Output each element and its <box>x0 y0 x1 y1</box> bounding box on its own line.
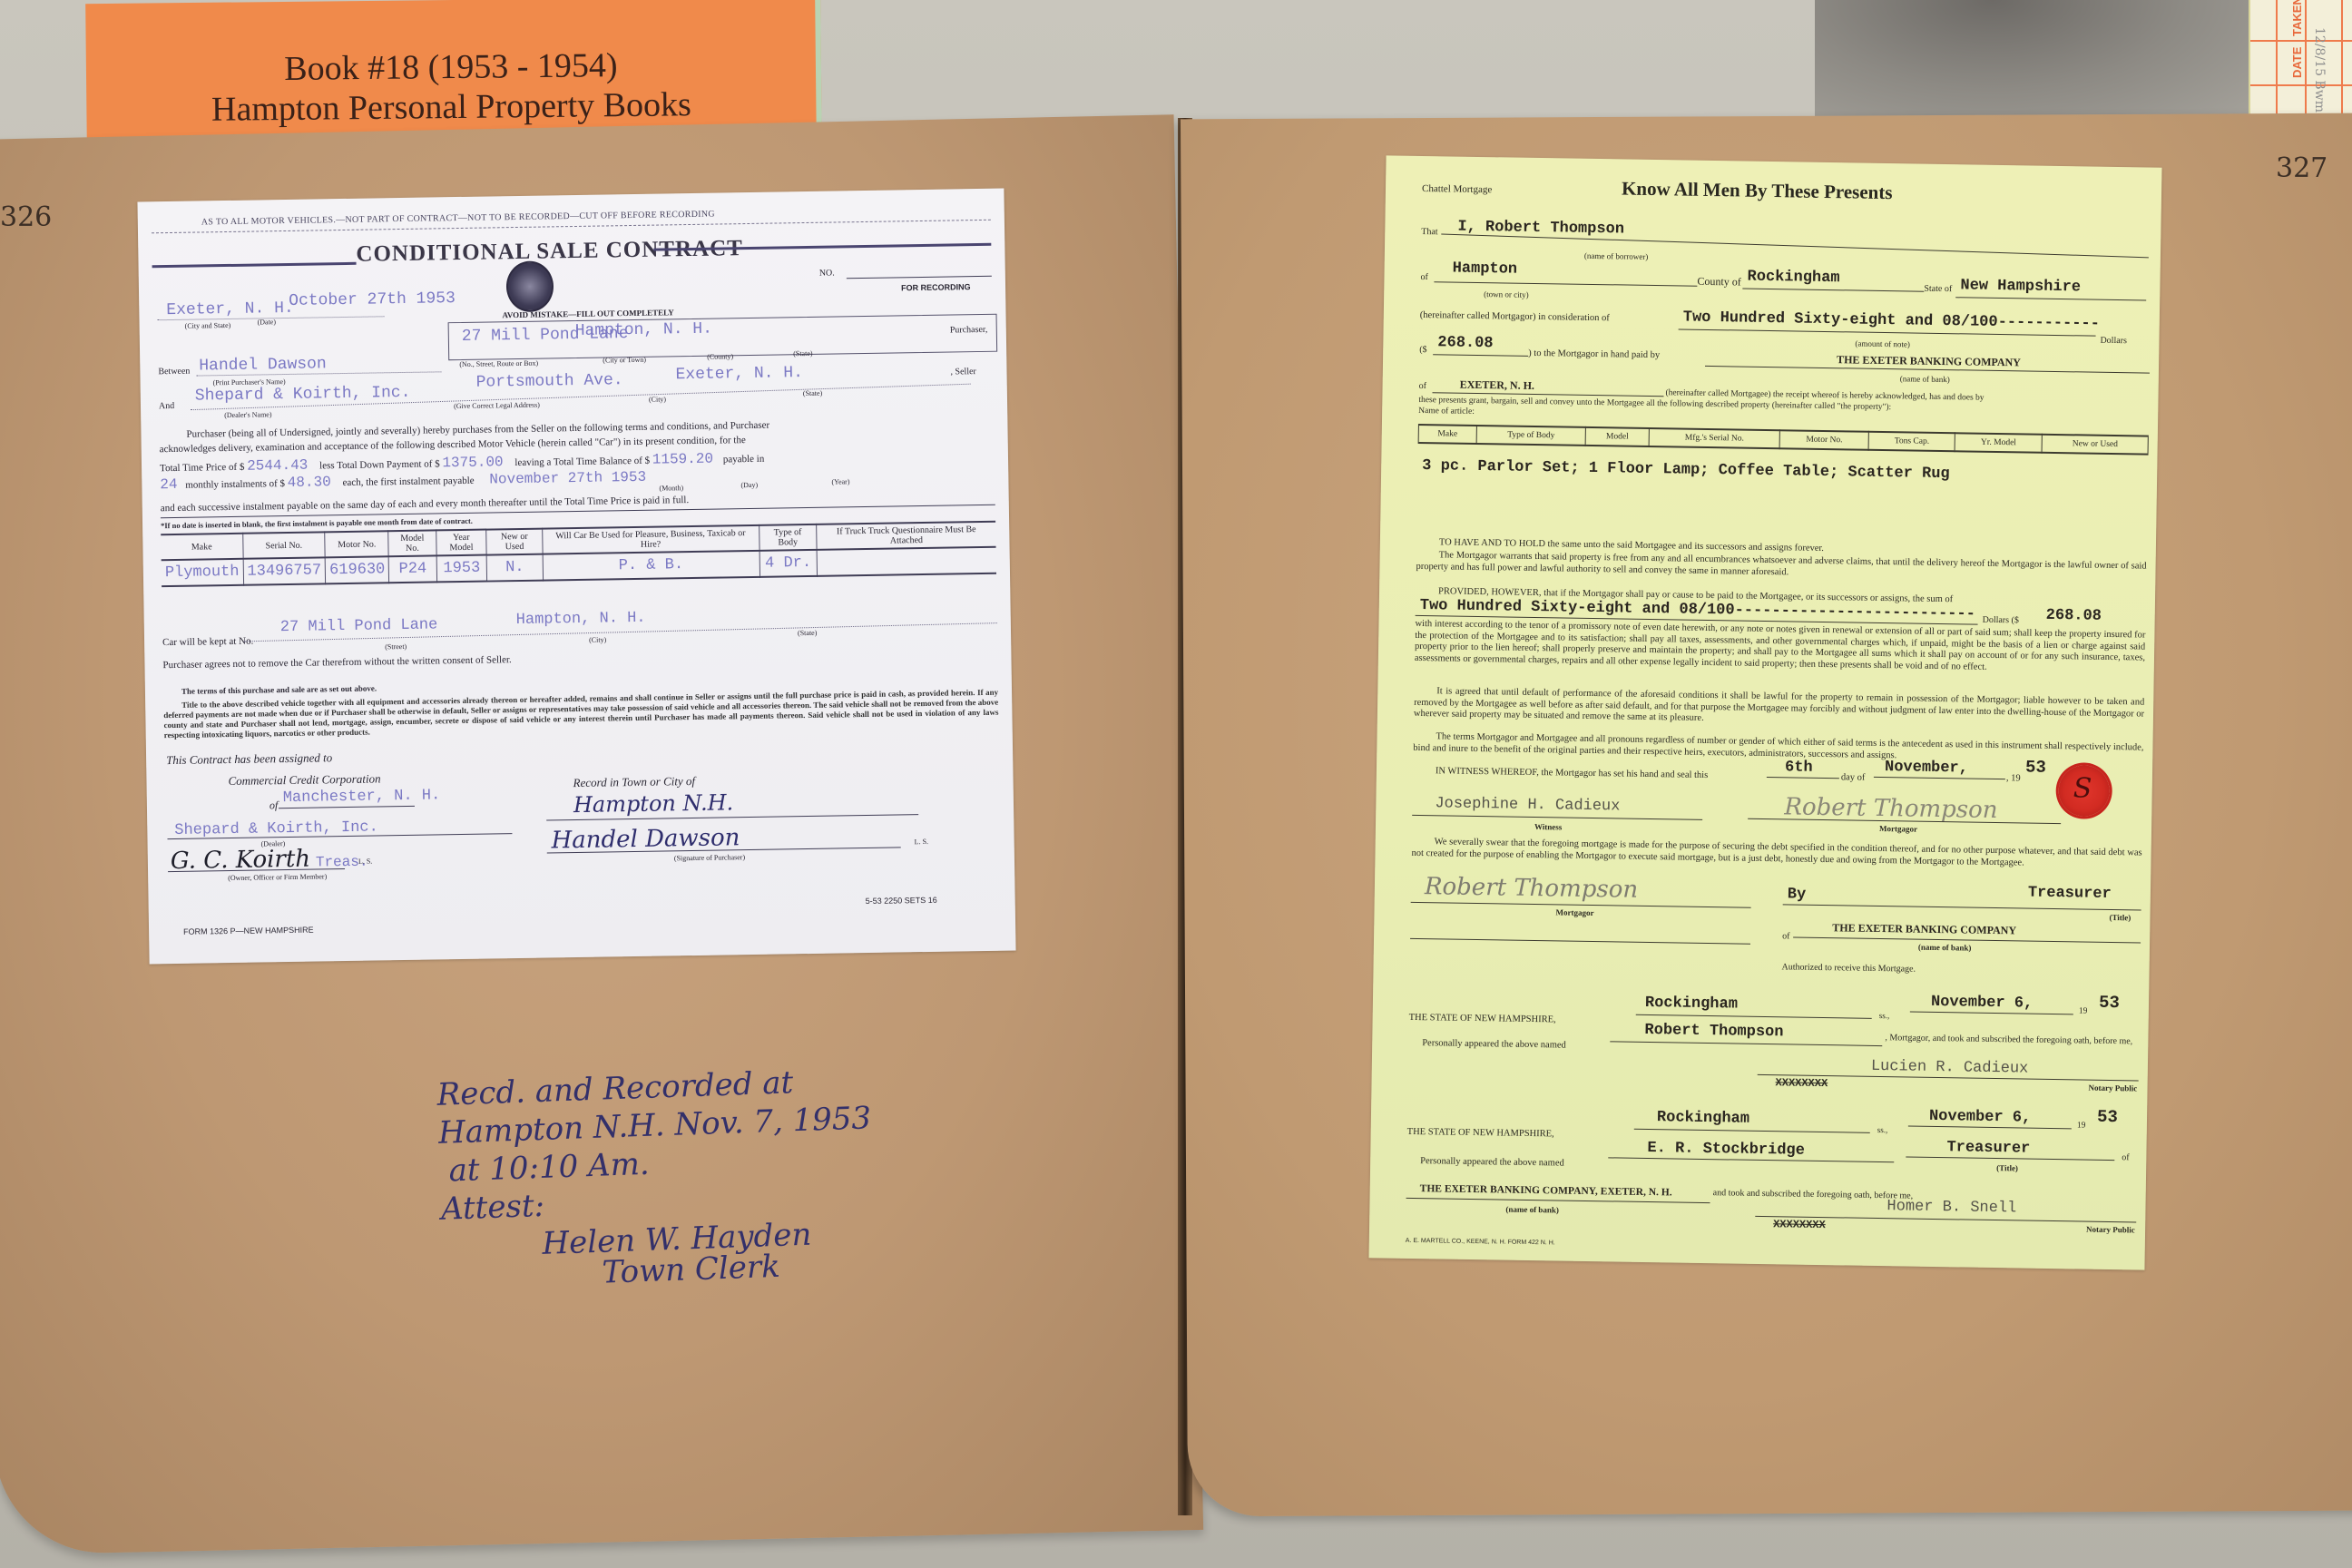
ls-dealer: L. S. <box>358 857 372 866</box>
instalment-amount: 48.30 <box>288 474 331 491</box>
title-clause: Title to the above described vehicle tog… <box>163 688 999 740</box>
label-borrower: (name of borrower) <box>1584 251 1649 261</box>
label-amount-prefix: ($ <box>1419 345 1427 355</box>
label-of-bank: of <box>1782 931 1790 941</box>
assigned-to-label: This Contract has been assigned to <box>166 750 332 768</box>
witness-year: 53 <box>2025 758 2046 778</box>
label-amount-of-note: (amount of note) <box>1855 339 1910 349</box>
label-oath-bank: (name of bank) <box>1918 943 1972 953</box>
county: Rockingham <box>1747 269 1839 288</box>
vehicle-table: MakeSerial No.Motor No.Model No.Year Mod… <box>161 521 996 587</box>
label-state-kept: (State) <box>798 629 817 637</box>
property-table-header: Tons Cap. <box>1868 432 1955 451</box>
total-time-price: 2544.43 <box>247 457 308 475</box>
vehicle-table-header: Serial No. <box>242 532 325 558</box>
ack2-title: Treasurer <box>1946 1139 2030 1157</box>
vehicle-table-header: Model No. <box>388 530 436 556</box>
for-recording-label: FOR RECORDING <box>901 282 971 292</box>
property-table-header: Mfg.'s Serial No. <box>1649 428 1779 448</box>
town: Hampton <box>1452 260 1517 279</box>
label-mortgagor: Mortgagor <box>1879 824 1917 834</box>
contract-city-state: Exeter, N. H. <box>166 299 294 319</box>
purchaser-name: Handel Dawson <box>199 355 327 375</box>
label-witness: Witness <box>1534 822 1562 831</box>
label-city-kept: (City) <box>589 635 606 643</box>
ack1-year: 53 <box>2099 993 2120 1013</box>
dealer-name: Shepard & Koirth, Inc. <box>195 384 411 406</box>
ack2-officer: Homer B. Snell <box>1886 1198 2016 1217</box>
down-payment: 1375.00 <box>442 454 503 471</box>
witness-whereof-line: IN WITNESS WHEREOF, the Mortgagor has se… <box>1413 766 1708 780</box>
witness-name: Josephine H. Cadieux <box>1435 795 1620 815</box>
label-purchaser-signature: (Signature of Purchaser) <box>674 853 745 862</box>
left-page-number: 326 <box>0 201 52 233</box>
witness-day: 6th <box>1785 759 1813 776</box>
label-legal-address: (Give Correct Legal Address) <box>454 401 540 410</box>
vehicle-table-cell: P. & B. <box>543 551 759 581</box>
dealer-city: Exeter, N. H. <box>675 364 803 384</box>
wax-seal-icon: S <box>2058 765 2110 817</box>
label-state-2: (State) <box>803 389 822 397</box>
label-purchaser: Purchaser, <box>950 325 988 336</box>
label-date: (Date) <box>257 318 276 326</box>
amount: 268.08 <box>1437 334 1494 352</box>
ack2-bank: THE EXETER BANKING COMPANY, EXETER, N. H… <box>1420 1183 1672 1198</box>
vehicle-table-cell: N. <box>487 554 544 582</box>
ack1-officer-title: Notary Public <box>2088 1083 2137 1093</box>
vehicle-table-cell: 1953 <box>436 555 487 583</box>
property-table-header: Type of Body <box>1476 426 1586 446</box>
label-county-of: County of <box>1697 275 1741 289</box>
label-officer: (Owner, Officer or Firm Member) <box>228 872 327 882</box>
oath-bank: THE EXETER BANKING COMPANY <box>1832 921 2016 937</box>
label-oath-mortgagor: Mortgagor <box>1555 907 1593 917</box>
chattel-mortgage-label: Chattel Mortgage <box>1422 183 1492 195</box>
ack2-state-label: THE STATE OF NEW HAMPSHIRE, <box>1407 1127 1554 1140</box>
vehicle-table-cell: 619630 <box>325 556 389 583</box>
printer-imprint: A. E. MARTELL CO., KEENE, N. H. FORM 422… <box>1406 1238 1555 1247</box>
conditional-sale-contract: as to all motor vehicles.—NOT PART OF CO… <box>137 189 1015 965</box>
terms-heading: The terms of this purchase and sale are … <box>181 683 377 695</box>
vehicle-table-header: Type of Body <box>759 524 817 551</box>
vehicle-table-cell: P24 <box>389 555 437 583</box>
label-that: That <box>1421 227 1437 237</box>
right-page-number: 327 <box>2276 152 2327 184</box>
label-title: (Title) <box>2109 913 2131 922</box>
label-day: (Day) <box>740 481 758 489</box>
vehicle-table-cell: 13496757 <box>243 557 326 584</box>
dealer-address: Portsmouth Ave. <box>475 371 622 392</box>
label-paid-by: ) to the Mortgagor in hand paid by <box>1528 348 1660 360</box>
label-month: (Month) <box>659 484 683 492</box>
ack1-county: Rockingham <box>1645 995 1738 1014</box>
ack2-of: of <box>2122 1152 2130 1162</box>
bank: THE EXETER BANKING COMPANY <box>1837 353 2021 369</box>
provided-amount: 268.08 <box>2046 607 2102 625</box>
witness-month: November, <box>1885 759 1968 777</box>
ack2-suffix: and took and subscribed the foregoing oa… <box>1713 1188 1914 1200</box>
property-table-header: Motor No. <box>1779 430 1868 450</box>
authorized-text: Authorized to receive this Mortgage. <box>1782 962 1916 974</box>
chattel-mortgage: Chattel Mortgage Know All Men By These P… <box>1369 155 2162 1269</box>
vehicle-table-header: New or Used <box>486 529 543 555</box>
label-seller: , Seller <box>950 367 975 377</box>
car-kept-city: Hampton, N. H. <box>516 610 646 629</box>
ack1-state-label: THE STATE OF NEW HAMPSHIRE, <box>1409 1013 1556 1025</box>
vehicle-table-header: Motor No. <box>325 531 389 557</box>
avoid-mistake: AVOID MISTAKE—FILL OUT COMPLETELY <box>502 308 673 319</box>
label-street: (No., Street, Route or Box) <box>459 359 538 368</box>
instalment-count: 24 <box>160 476 177 493</box>
car-kept-label: Car will be kept at No. <box>162 636 253 649</box>
vehicle-table-header: Make <box>161 534 243 560</box>
label-provided-dollars: Dollars ($ <box>1983 615 2019 626</box>
label-county: (County) <box>707 352 733 360</box>
label-by: By <box>1788 886 1807 903</box>
label-of: of <box>1420 272 1428 282</box>
default-clause: It is agreed that until default of perfo… <box>1414 686 2144 731</box>
ack1-ss: ss., <box>1879 1011 1890 1020</box>
label-dollars: Dollars <box>2100 336 2127 346</box>
ack2-title-label: (Title) <box>1996 1163 2018 1172</box>
label-between: Between <box>158 367 190 377</box>
clerk-notation: Recd. and Recorded at Hampton N.H. Nov. … <box>436 1056 1006 1297</box>
credit-corporation-seal-icon <box>506 260 554 312</box>
ack2-officer-title: Notary Public <box>2086 1225 2135 1235</box>
ack2-county: Rockingham <box>1657 1109 1749 1128</box>
vehicle-table-cell <box>817 547 996 576</box>
print-code: 5-53 2250 SETS 16 <box>866 896 937 906</box>
oath-treasurer: Treasurer <box>2028 885 2112 903</box>
label-year-prefix: , 19 <box>2006 773 2021 783</box>
interest-clause: with interest according to the tenor of … <box>1415 619 2146 676</box>
contract-title: CONDITIONAL SALE CONTRACT <box>356 236 743 268</box>
label-street-kept: (Street) <box>385 642 407 651</box>
state: New Hampshire <box>1960 277 2081 296</box>
label-of-2: of <box>1419 381 1427 391</box>
property-description: 3 pc. Parlor Set; 1 Floor Lamp; Coffee T… <box>1422 457 1950 483</box>
car-kept-street: 27 Mill Pond Lane <box>280 616 438 636</box>
footnote: *If no date is inserted in blank, the fi… <box>161 516 473 530</box>
open-ledger-book: 326 327 as to all motor vehicles.—NOT PA… <box>0 0 2352 1568</box>
assignee-city: Manchester, N. H. <box>283 787 441 807</box>
label-name-of-article: Name of article: <box>1418 407 1475 416</box>
ack1-struck-title: XXXXXXXX <box>1775 1076 1828 1090</box>
label-state-of: State of <box>1924 284 1952 294</box>
time-balance: 1159.20 <box>652 451 713 468</box>
record-in-value: Hampton N.H. <box>573 789 734 818</box>
label-and: And <box>159 401 174 411</box>
ack2-appeared-label: Personally appeared the above named <box>1420 1156 1564 1168</box>
ack1-date: November 6, <box>1931 994 2033 1013</box>
of-label: of <box>269 799 279 812</box>
oath-clause: We severally swear that the foregoing mo… <box>1411 837 2141 871</box>
label-town: (town or city) <box>1484 289 1529 299</box>
ack2-name: E. R. Stockbridge <box>1647 1140 1805 1160</box>
bank-city: EXETER, N. H. <box>1460 378 1535 393</box>
first-instalment-date: November 27th 1953 <box>489 469 646 488</box>
property-table-header: Yr. Model <box>1955 433 2042 453</box>
ack1-year-prefix: 19 <box>2079 1006 2088 1015</box>
ack2-struck-title: XXXXXXXX <box>1773 1218 1826 1231</box>
no-remove-clause: Purchaser agrees not to remove the Car t… <box>162 654 511 671</box>
ls-purchaser: L. S. <box>915 838 928 846</box>
label-day-of: day of <box>1841 772 1866 782</box>
vehicle-table-header: Year Model <box>436 530 486 556</box>
ack2-date: November 6, <box>1929 1108 2032 1127</box>
ack2-year-prefix: 19 <box>2077 1121 2086 1130</box>
vehicle-table-cell: 4 Dr. <box>759 550 818 577</box>
vehicle-table-header: Will Car Be Used for Pleasure, Business,… <box>542 525 759 554</box>
assignee: Commercial Credit Corporation <box>228 771 380 789</box>
label-year: (Year) <box>831 477 849 485</box>
property-table-header: Model <box>1585 427 1649 446</box>
ack1-officer: Lucien R. Cadieux <box>1871 1058 2029 1078</box>
label-consideration: (hereinafter called Mortgagor) in consid… <box>1420 310 1610 323</box>
label-dealer-name: (Dealer's Name) <box>224 410 271 419</box>
label-city-state: (City and State) <box>185 321 231 330</box>
label-city-town: (City or Town) <box>603 356 646 365</box>
label-state: (State) <box>793 349 812 358</box>
form-number: FORM 1326 P—NEW HAMPSHIRE <box>183 926 314 936</box>
purchaser-town: Hampton, N. H. <box>575 320 713 340</box>
mortgage-heading: Know All Men By These Presents <box>1622 177 1893 204</box>
vehicle-table-header: If Truck Truck Questionnaire Must Be Att… <box>817 522 996 550</box>
no-label: NO. <box>819 268 835 278</box>
ack1-appeared-label: Personally appeared the above named <box>1422 1038 1566 1050</box>
label-bank: (name of bank) <box>1900 374 1950 384</box>
vehicle-table-cell: Plymouth <box>162 559 244 586</box>
record-in-label: Record in Town or City of <box>573 774 695 790</box>
ack2-bank-sub: (name of bank) <box>1505 1205 1559 1215</box>
contract-date: October 27th 1953 <box>289 289 456 310</box>
property-table-header: Make <box>1418 425 1476 444</box>
ack2-ss: ss., <box>1877 1125 1888 1134</box>
property-table-header: New or Used <box>2042 435 2148 455</box>
label-city: (City) <box>649 395 666 403</box>
property-table: MakeType of BodyModelMfg.'s Serial No.Mo… <box>1418 424 2149 456</box>
ack2-year: 53 <box>2097 1107 2118 1127</box>
oath-mortgagor-signature: Robert Thompson <box>1425 873 1639 904</box>
